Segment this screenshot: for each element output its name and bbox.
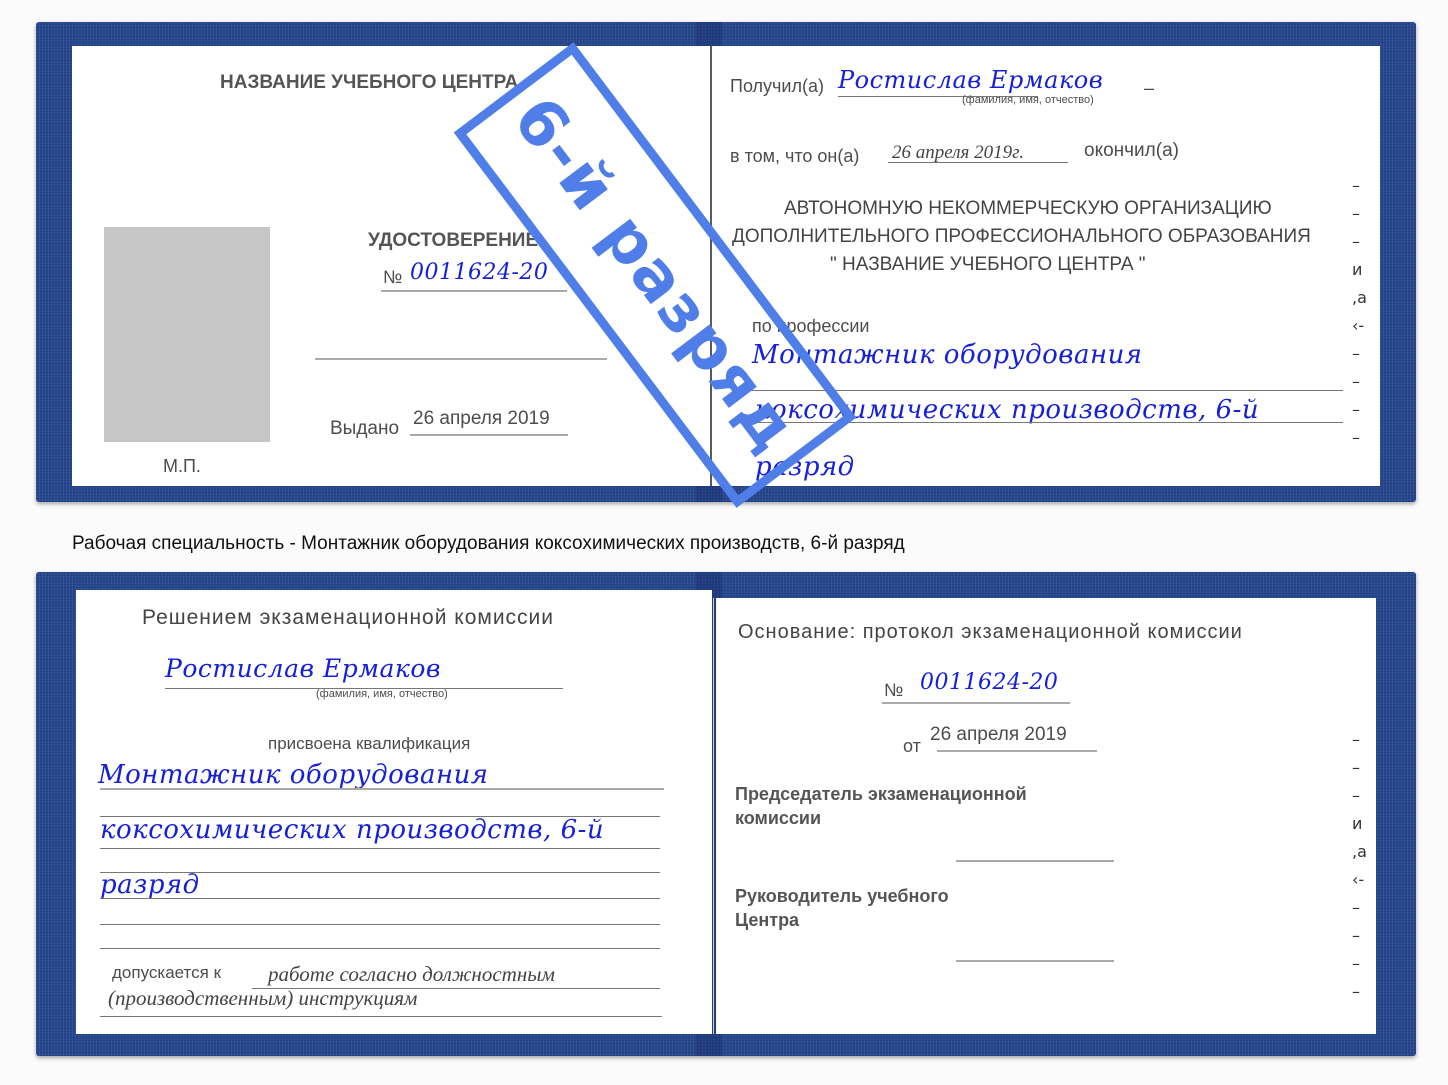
margin-mark: – [1352,730,1360,749]
insert-recipient-name: Ростислав Ермаков [165,654,441,683]
qualification-underline-2 [100,848,660,849]
qualification-underline-6 [100,948,660,949]
protocol-number-underline [882,702,1070,704]
photo-placeholder [104,227,270,442]
issued-date: 26 апреля 2019 [413,408,550,430]
margin-mark: – [1352,344,1360,363]
qualification-underline-4 [100,898,660,899]
admitted-label: допускается к [112,963,221,983]
completion-date: 26 апреля 2019г. [892,142,1024,164]
certificate-number: 0011624-20 [410,260,548,285]
qualification-label: присвоена квалификация [268,734,470,754]
completed-label: окончил(а) [1084,140,1179,162]
protocol-number: 0011624-20 [920,670,1058,695]
qualification-line-2: коксохимических производств, 6-й [100,815,604,845]
caption: Рабочая специальность - Монтажник оборуд… [72,533,905,555]
number-underline [381,290,567,292]
that-label: в том, что он(а) [730,146,859,167]
margin-mark: и [1352,814,1362,833]
margin-mark: – [1352,400,1360,419]
margin-mark: – [1352,428,1360,447]
recipient-name: Ростислав Ермаков [838,66,1103,94]
org-line-3: " НАЗВАНИЕ УЧЕБНОГО ЦЕНТРА " [830,254,1146,276]
qualification-underline-5 [100,924,660,925]
seal-label: М.П. [163,456,201,477]
org-line-1: АВТОНОМНУЮ НЕКОММЕРЧЕСКУЮ ОРГАНИЗАЦИЮ [784,198,1272,220]
org-line-2: ДОПОЛНИТЕЛЬНОГО ПРОФЕССИОНАЛЬНОГО ОБРАЗО… [732,226,1311,248]
margin-mark: – [1352,758,1360,777]
insert-fold [713,598,714,1034]
admitted-underline-2 [100,1016,662,1017]
margin-mark: – [1352,176,1360,195]
document-title: УДОСТОВЕРЕНИЕ [368,230,538,252]
protocol-date-underline [937,750,1097,752]
margin-mark: – [1352,954,1360,973]
name-hint: (фамилия, имя, отчество) [962,94,1094,106]
received-label: Получил(а) [730,76,824,97]
blank-line [315,358,607,360]
org-name: НАЗВАНИЕ УЧЕБНОГО ЦЕНТРА [220,72,518,94]
chairman-label-1: Председатель экзаменационной [735,784,1027,805]
admitted-text-2: (производственным) инструкциям [108,986,417,1011]
qualification-underline-1 [100,788,664,790]
margin-mark: – [1352,898,1360,917]
completion-underline [888,162,1068,163]
margin-mark: и [1352,260,1362,279]
head-signature-line [956,960,1114,962]
chairman-signature-line [956,860,1114,862]
margin-mark: – [1352,926,1360,945]
issued-underline [410,434,568,436]
margin-mark: ‹- [1352,870,1364,889]
issued-label: Выдано [330,418,399,440]
protocol-date: 26 апреля 2019 [930,724,1067,746]
basis-title: Основание: протокол экзаменационной коми… [738,621,1243,644]
margin-mark: – [1352,786,1360,805]
head-label-1: Руководитель учебного [735,886,949,907]
dash-mark: – [1144,78,1154,99]
margin-mark: ‹- [1352,316,1364,335]
number-prefix: № [383,267,402,288]
insert-name-hint: (фамилия, имя, отчество) [316,688,448,700]
qualification-line-1: Монтажник оборудования [98,760,489,790]
margin-mark: – [1352,204,1360,223]
protocol-number-prefix: № [884,680,903,701]
margin-mark: – [1352,232,1360,251]
decision-title: Решением экзаменационной комиссии [142,606,554,630]
protocol-date-prefix: от [903,736,921,757]
head-label-2: Центра [735,910,799,931]
margin-mark: ,а [1352,842,1367,861]
margin-mark: ,а [1352,288,1367,307]
qualification-line-3: разряд [100,870,200,900]
admitted-text-1: работе согласно должностным [268,962,555,987]
margin-mark: – [1352,372,1360,391]
chairman-label-2: комиссии [735,808,821,829]
margin-mark: – [1352,982,1360,1001]
